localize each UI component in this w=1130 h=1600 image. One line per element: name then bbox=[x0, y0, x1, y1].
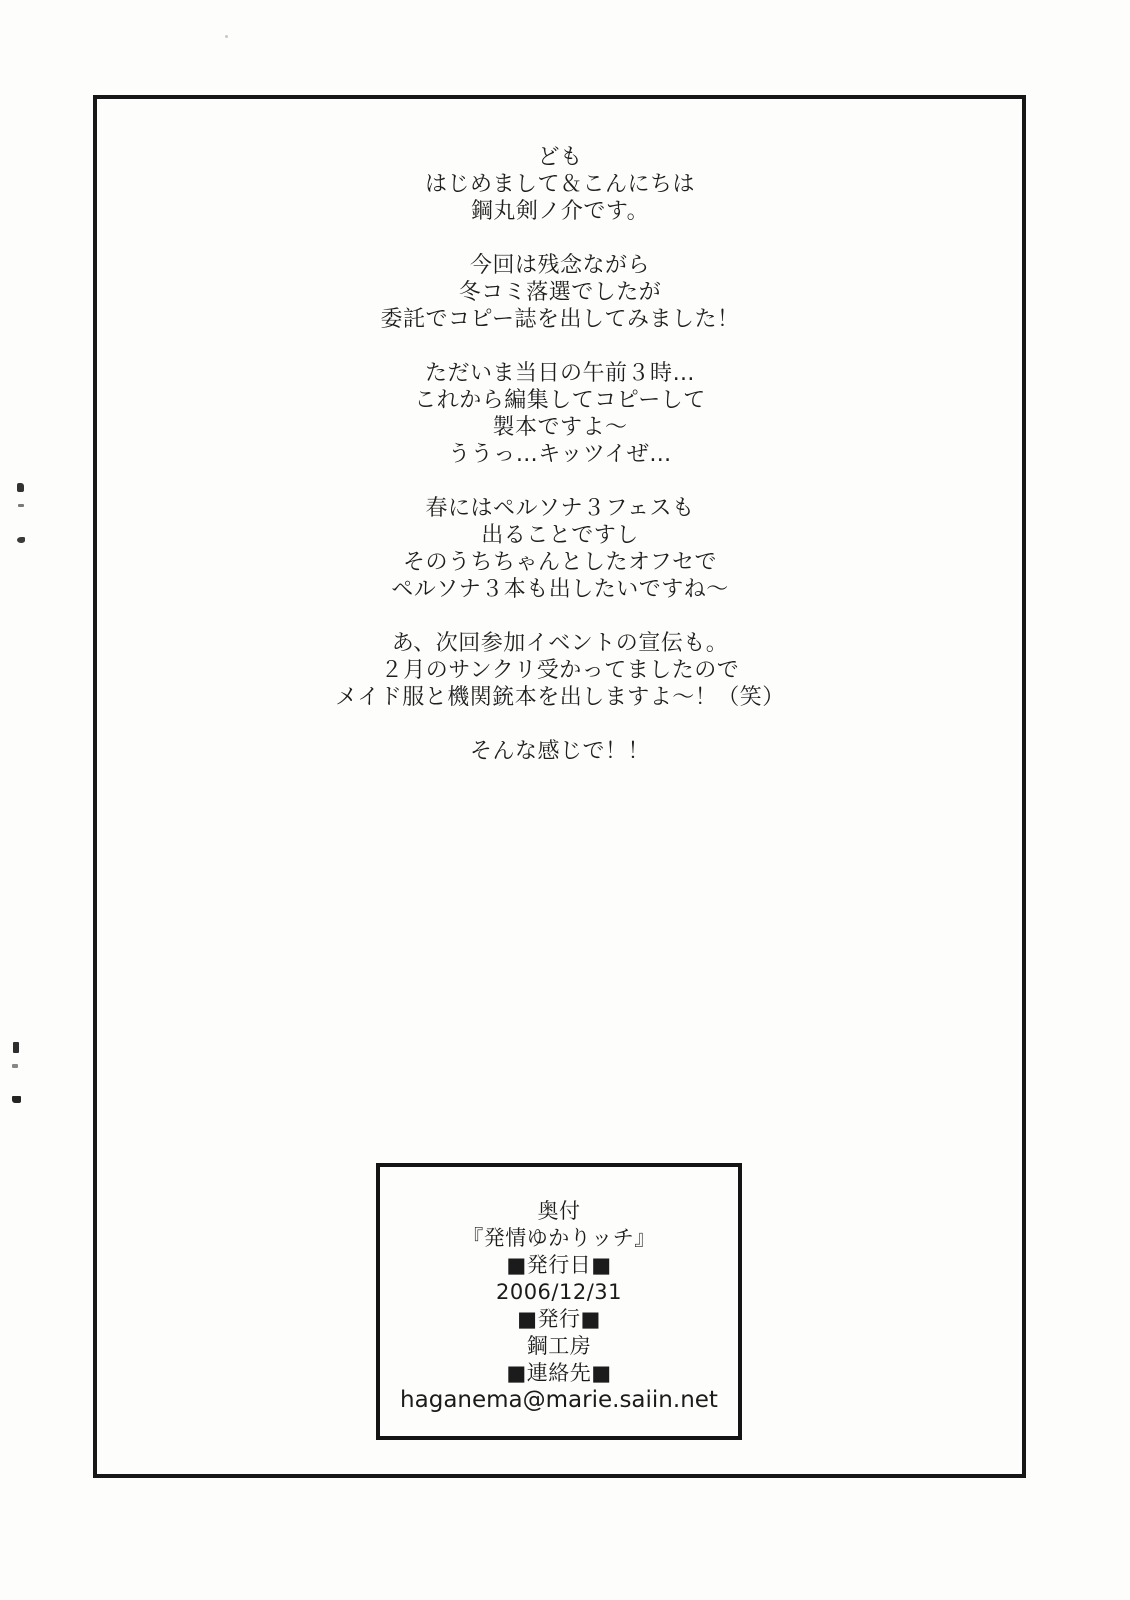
text-line: ども bbox=[99, 144, 1021, 171]
text-line: 冬コミ落選でしたが bbox=[99, 279, 1021, 306]
scan-speck bbox=[225, 35, 228, 38]
colophon-box: 奥付 『発情ゆかりッチ』 ■発行日■ 2006/12/31 ■発行■ 鋼工房 ■… bbox=[376, 1163, 742, 1440]
text-line: ただいま当日の午前３時… bbox=[99, 360, 1021, 387]
scan-speck bbox=[17, 483, 24, 492]
text-line: これから編集してコピーして bbox=[99, 387, 1021, 414]
text-line: 出ることですし bbox=[99, 522, 1021, 549]
afterword-paragraph-persona: 春にはペルソナ３フェスも 出ることですし そのうちちゃんとしたオフセで ペルソナ… bbox=[99, 495, 1021, 603]
text-line: ２月のサンクリ受かってましたので bbox=[99, 657, 1021, 684]
publisher-label: ■発行■ bbox=[380, 1306, 738, 1333]
text-line: メイド服と機関銃本を出しますよ～！（笑） bbox=[99, 684, 1021, 711]
publisher-name: 鋼工房 bbox=[380, 1333, 738, 1360]
text-line: 今回は残念ながら bbox=[99, 252, 1021, 279]
afterword-paragraph-next-event: あ、次回参加イベントの宣伝も。 ２月のサンクリ受かってましたので メイド服と機関… bbox=[99, 630, 1021, 711]
contact-label: ■連絡先■ bbox=[380, 1360, 738, 1387]
text-line: 鋼丸剣ノ介です。 bbox=[99, 198, 1021, 225]
afterword-paragraph-greeting: ども はじめまして＆こんにちは 鋼丸剣ノ介です。 bbox=[99, 144, 1021, 225]
text-line: はじめまして＆こんにちは bbox=[99, 171, 1021, 198]
text-line: 製本ですよ～ bbox=[99, 414, 1021, 441]
scan-speck bbox=[12, 1096, 21, 1103]
afterword-text: ども はじめまして＆こんにちは 鋼丸剣ノ介です。 今回は残念ながら 冬コミ落選で… bbox=[99, 144, 1021, 765]
text-line: 春にはペルソナ３フェスも bbox=[99, 495, 1021, 522]
text-line: 委託でコピー誌を出してみました！ bbox=[99, 306, 1021, 333]
text-line: ペルソナ３本も出したいですね～ bbox=[99, 576, 1021, 603]
publish-date: 2006/12/31 bbox=[380, 1279, 738, 1306]
scan-speck bbox=[12, 1064, 18, 1068]
publish-date-label: ■発行日■ bbox=[380, 1252, 738, 1279]
text-line: そんな感じで！！ bbox=[99, 738, 1021, 765]
colophon-heading: 奥付 bbox=[380, 1198, 738, 1225]
text-line: ううっ…キッツイぜ… bbox=[99, 441, 1021, 468]
book-title: 『発情ゆかりッチ』 bbox=[380, 1225, 738, 1252]
scan-speck bbox=[13, 1042, 19, 1053]
afterword-paragraph-comiket: 今回は残念ながら 冬コミ落選でしたが 委託でコピー誌を出してみました！ bbox=[99, 252, 1021, 333]
scan-speck bbox=[17, 537, 25, 543]
contact-email: haganema@marie.saiin.net bbox=[380, 1387, 738, 1414]
text-line: あ、次回参加イベントの宣伝も。 bbox=[99, 630, 1021, 657]
text-line: そのうちちゃんとしたオフセで bbox=[99, 549, 1021, 576]
afterword-paragraph-signoff: そんな感じで！！ bbox=[99, 738, 1021, 765]
scan-speck bbox=[18, 504, 24, 507]
afterword-paragraph-deadline: ただいま当日の午前３時… これから編集してコピーして 製本ですよ～ ううっ…キッ… bbox=[99, 360, 1021, 468]
